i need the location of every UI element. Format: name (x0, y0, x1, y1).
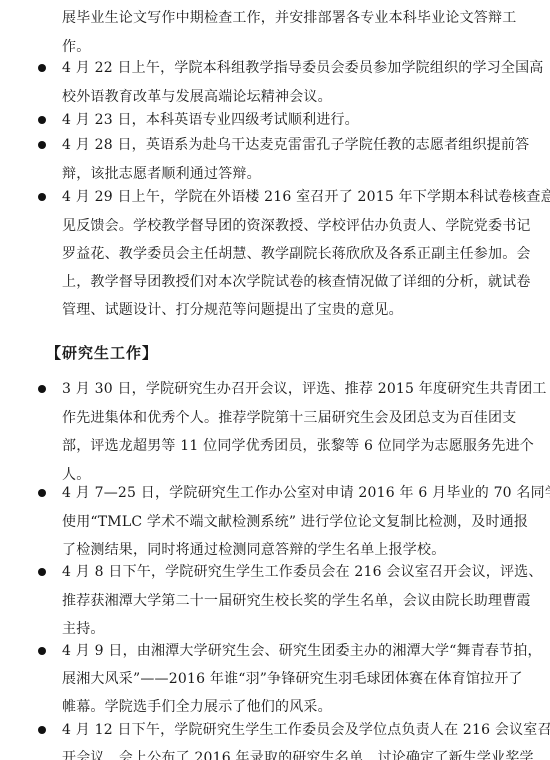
text-line: 帷幕。学院选手们全力展示了他们的风采。 (62, 697, 492, 717)
text-line: 4 月 12 日下午，学院研究生学生工作委员会及学位点负责人在 216 会议室召 (62, 720, 492, 740)
bullet-icon (38, 568, 46, 576)
bullet-icon (38, 116, 46, 124)
text-line: 开会议，会上公布了 2016 年录取的研究生名单，讨论确定了新生学业奖学 (62, 748, 492, 760)
text-line: 管理、试题设计、打分规范等问题提出了宝贵的意见。 (62, 300, 492, 320)
bullet-icon (38, 647, 46, 655)
text-line: 4 月 29 日上午，学院在外语楼 216 室召开了 2015 年下学期本科试卷… (62, 187, 492, 207)
text-line: 作。 (62, 37, 492, 57)
text-line: 辩，该批志愿者顺利通过答辩。 (62, 164, 492, 184)
text-line: 展毕业生论文写作中期检查工作，并安排部署各专业本科毕业论文答辩工 (62, 8, 492, 28)
bullet-icon (38, 141, 46, 149)
section-heading: 【研究生工作】 (46, 343, 158, 363)
text-line: 了检测结果，同时将通过检测同意答辩的学生名单上报学校。 (62, 540, 492, 560)
text-line: 作先进集体和优秀个人。推荐学院第十三届研究生会及团总支为百佳团支 (62, 408, 492, 428)
text-line: 3 月 30 日，学院研究生办召开会议，评选、推荐 2015 年度研究生共青团工 (62, 379, 492, 399)
text-line: 4 月 7—25 日，学院研究生工作办公室对申请 2016 年 6 月毕业的 7… (62, 483, 492, 503)
text-line: 推荐获湘潭大学第二十一届研究生校长奖的学生名单，会议由院长助理曹霞 (62, 591, 492, 611)
text-line: 主持。 (62, 619, 492, 639)
bullet-icon (38, 64, 46, 72)
text-line: 4 月 22 日上午，学院本科组教学指导委员会委员参加学院组织的学习全国高 (62, 58, 492, 78)
text-line: 4 月 8 日下午，学院研究生学生工作委员会在 216 会议室召开会议，评选、 (62, 562, 492, 582)
bullet-icon (38, 489, 46, 497)
bullet-icon (38, 193, 46, 201)
text-line: 罗益花、教学委员会主任胡慧、教学副院长蒋欣欣及各系正副主任参加。会 (62, 244, 492, 264)
text-line: 上，教学督导团教授们对本次学院试卷的核查情况做了详细的分析，就试卷 (62, 272, 492, 292)
text-line: 4 月 23 日，本科英语专业四级考试顺利进行。 (62, 110, 492, 130)
text-line: 展湘大风采”——2016 年谁“羽”争锋研究生羽毛球团体赛在体育馆拉开了 (62, 669, 492, 689)
text-line: 人。 (62, 465, 492, 485)
bullet-icon (38, 726, 46, 734)
text-line: 4 月 28 日，英语系为赴乌干达麦克雷雷孔子学院任教的志愿者组织提前答 (62, 135, 492, 155)
text-line: 使用“TMLC 学术不端文献检测系统” 进行学位论文复制比检测，及时通报 (62, 512, 492, 532)
text-line: 部，评选龙超男等 11 位同学优秀团员，张黎等 6 位同学为志愿服务先进个 (62, 436, 492, 456)
document-page: 展毕业生论文写作中期检查工作，并安排部署各专业本科毕业论文答辩工 作。 4 月 … (0, 0, 550, 760)
bullet-icon (38, 385, 46, 393)
text-line: 校外语教育改革与发展高端论坛精神会议。 (62, 87, 492, 107)
text-line: 4 月 9 日，由湘潭大学研究生会、研究生团委主办的湘潭大学“舞青春节拍， (62, 641, 492, 661)
text-line: 见反馈会。学校教学督导团的资深教授、学校评估办负责人、学院党委书记 (62, 216, 492, 236)
